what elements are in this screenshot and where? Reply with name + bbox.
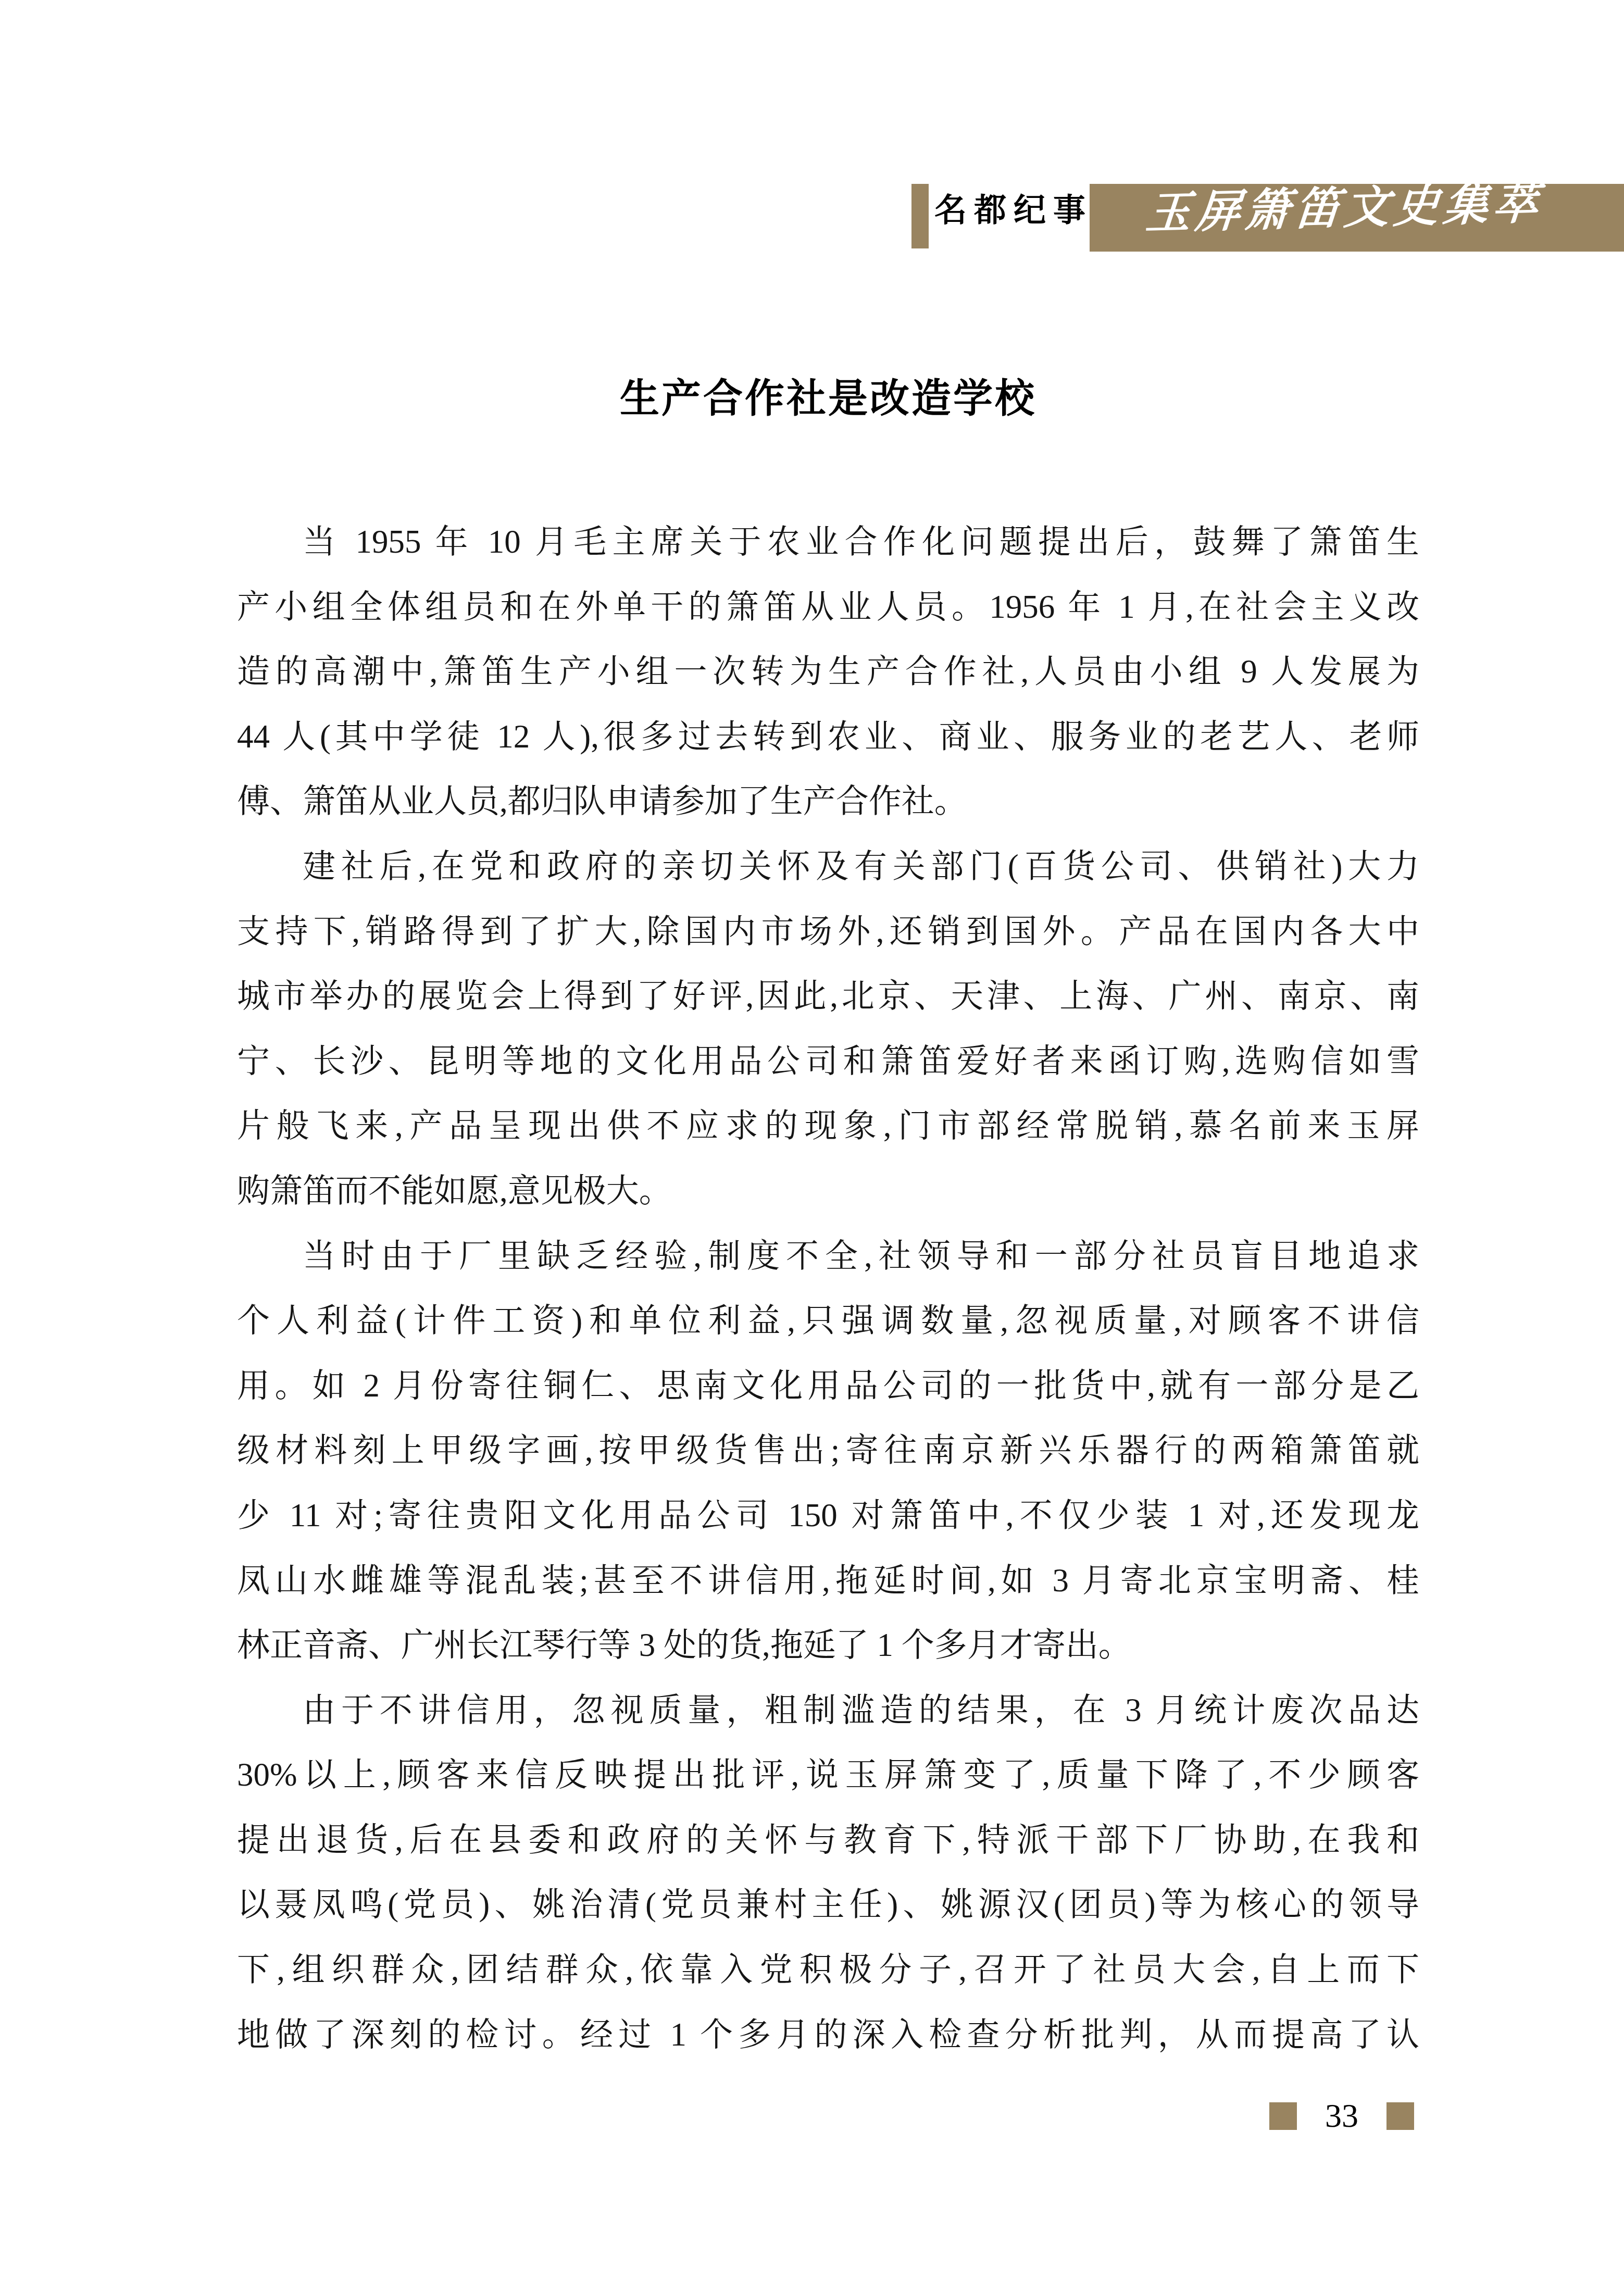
text-line: 片般飞来,产品呈现出供不应求的现象,门市部经常脱销,慕名前来玉屏 (237, 1093, 1419, 1158)
header-accent-bar (911, 184, 929, 248)
article-title: 生产合作社是改造学校 (237, 376, 1419, 422)
text-line: 提出退货,后在县委和政府的关怀与教育下,特派干部下厂协助,在我和 (237, 1807, 1419, 1873)
text-line: 少 11 对;寄往贵阳文化用品公司 150 对箫笛中,不仅少装 1 对,还发现龙 (237, 1483, 1419, 1548)
text-line: 30%以上,顾客来信反映提出批评,说玉屏箫变了,质量下降了,不少顾客 (237, 1742, 1419, 1807)
text-line: 产小组全体组员和在外单干的箫笛从业人员。1956 年 1 月,在社会主义改 (237, 575, 1419, 640)
text-line: 当 1955 年 10 月毛主席关于农业合作化问题提出后，鼓舞了箫笛生 (237, 509, 1419, 575)
header-section-label: 名都纪事 (934, 195, 1093, 227)
text-line: 宁、长沙、昆明等地的文化用品公司和箫笛爱好者来函订购,选购信如雪 (237, 1029, 1419, 1094)
footer-ornament-right-square (1386, 2102, 1414, 2130)
text-line: 用。如 2 月份寄往铜仁、思南文化用品公司的一批货中,就有一部分是乙 (237, 1353, 1419, 1418)
header-banner: 玉屏箫笛文史集萃 (1090, 184, 1624, 252)
text-line: 城市举办的展览会上得到了好评,因此,北京、天津、上海、广州、南京、南 (237, 964, 1419, 1029)
text-line: 级材料刻上甲级字画,按甲级货售出;寄往南京新兴乐器行的两箱箫笛就 (237, 1418, 1419, 1483)
text-line: 44 人(其中学徒 12 人),很多过去转到农业、商业、服务业的老艺人、老师 (237, 704, 1419, 769)
text-line: 个人利益(计件工资)和单位利益,只强调数量,忽视质量,对顾客不讲信 (237, 1288, 1419, 1353)
header-series-calligraphy: 玉屏箫笛文史集萃 (1144, 181, 1545, 236)
text-line: 下,组织群众,团结群众,依靠入党积极分子,召开了社员大会,自上而下 (237, 1937, 1419, 2002)
text-line: 当时由于厂里缺乏经验,制度不全,社领导和一部分社员盲目地追求 (237, 1224, 1419, 1289)
article-body: 当 1955 年 10 月毛主席关于农业合作化问题提出后，鼓舞了箫笛生产小组全体… (237, 509, 1419, 2067)
text-line: 由于不讲信用，忽视质量，粗制滥造的结果，在 3 月统计废次品达 (237, 1678, 1419, 1743)
text-line: 购箫笛而不能如愿,意见极大。 (237, 1158, 1419, 1224)
text-line: 以聂凤鸣(党员)、姚治清(党员兼村主任)、姚源汉(团员)等为核心的领导 (237, 1872, 1419, 1937)
footer-ornament-left-square (1269, 2102, 1297, 2130)
page-footer: 33 (1269, 2099, 1414, 2133)
text-line: 林正音斋、广州长江琴行等 3 处的货,拖延了 1 个多月才寄出。 (237, 1613, 1419, 1678)
page-number: 33 (1325, 2099, 1358, 2133)
text-line: 凤山水雌雄等混乱装;甚至不讲信用,拖延时间,如 3 月寄北京宝明斋、桂 (237, 1548, 1419, 1613)
text-line: 支持下,销路得到了扩大,除国内市场外,还销到国外。产品在国内各大中 (237, 899, 1419, 964)
text-line: 建社后,在党和政府的亲切关怀及有关部门(百货公司、供销社)大力 (237, 834, 1419, 899)
text-line: 造的高潮中,箫笛生产小组一次转为生产合作社,人员由小组 9 人发展为 (237, 639, 1419, 704)
text-line: 地做了深刻的检讨。经过 1 个多月的深入检查分析批判，从而提高了认 (237, 2002, 1419, 2067)
book-page: 名都纪事 玉屏箫笛文史集萃 生产合作社是改造学校 当 1955 年 10 月毛主… (0, 0, 1624, 2269)
text-line: 傅、箫笛从业人员,都归队申请参加了生产合作社。 (237, 769, 1419, 834)
